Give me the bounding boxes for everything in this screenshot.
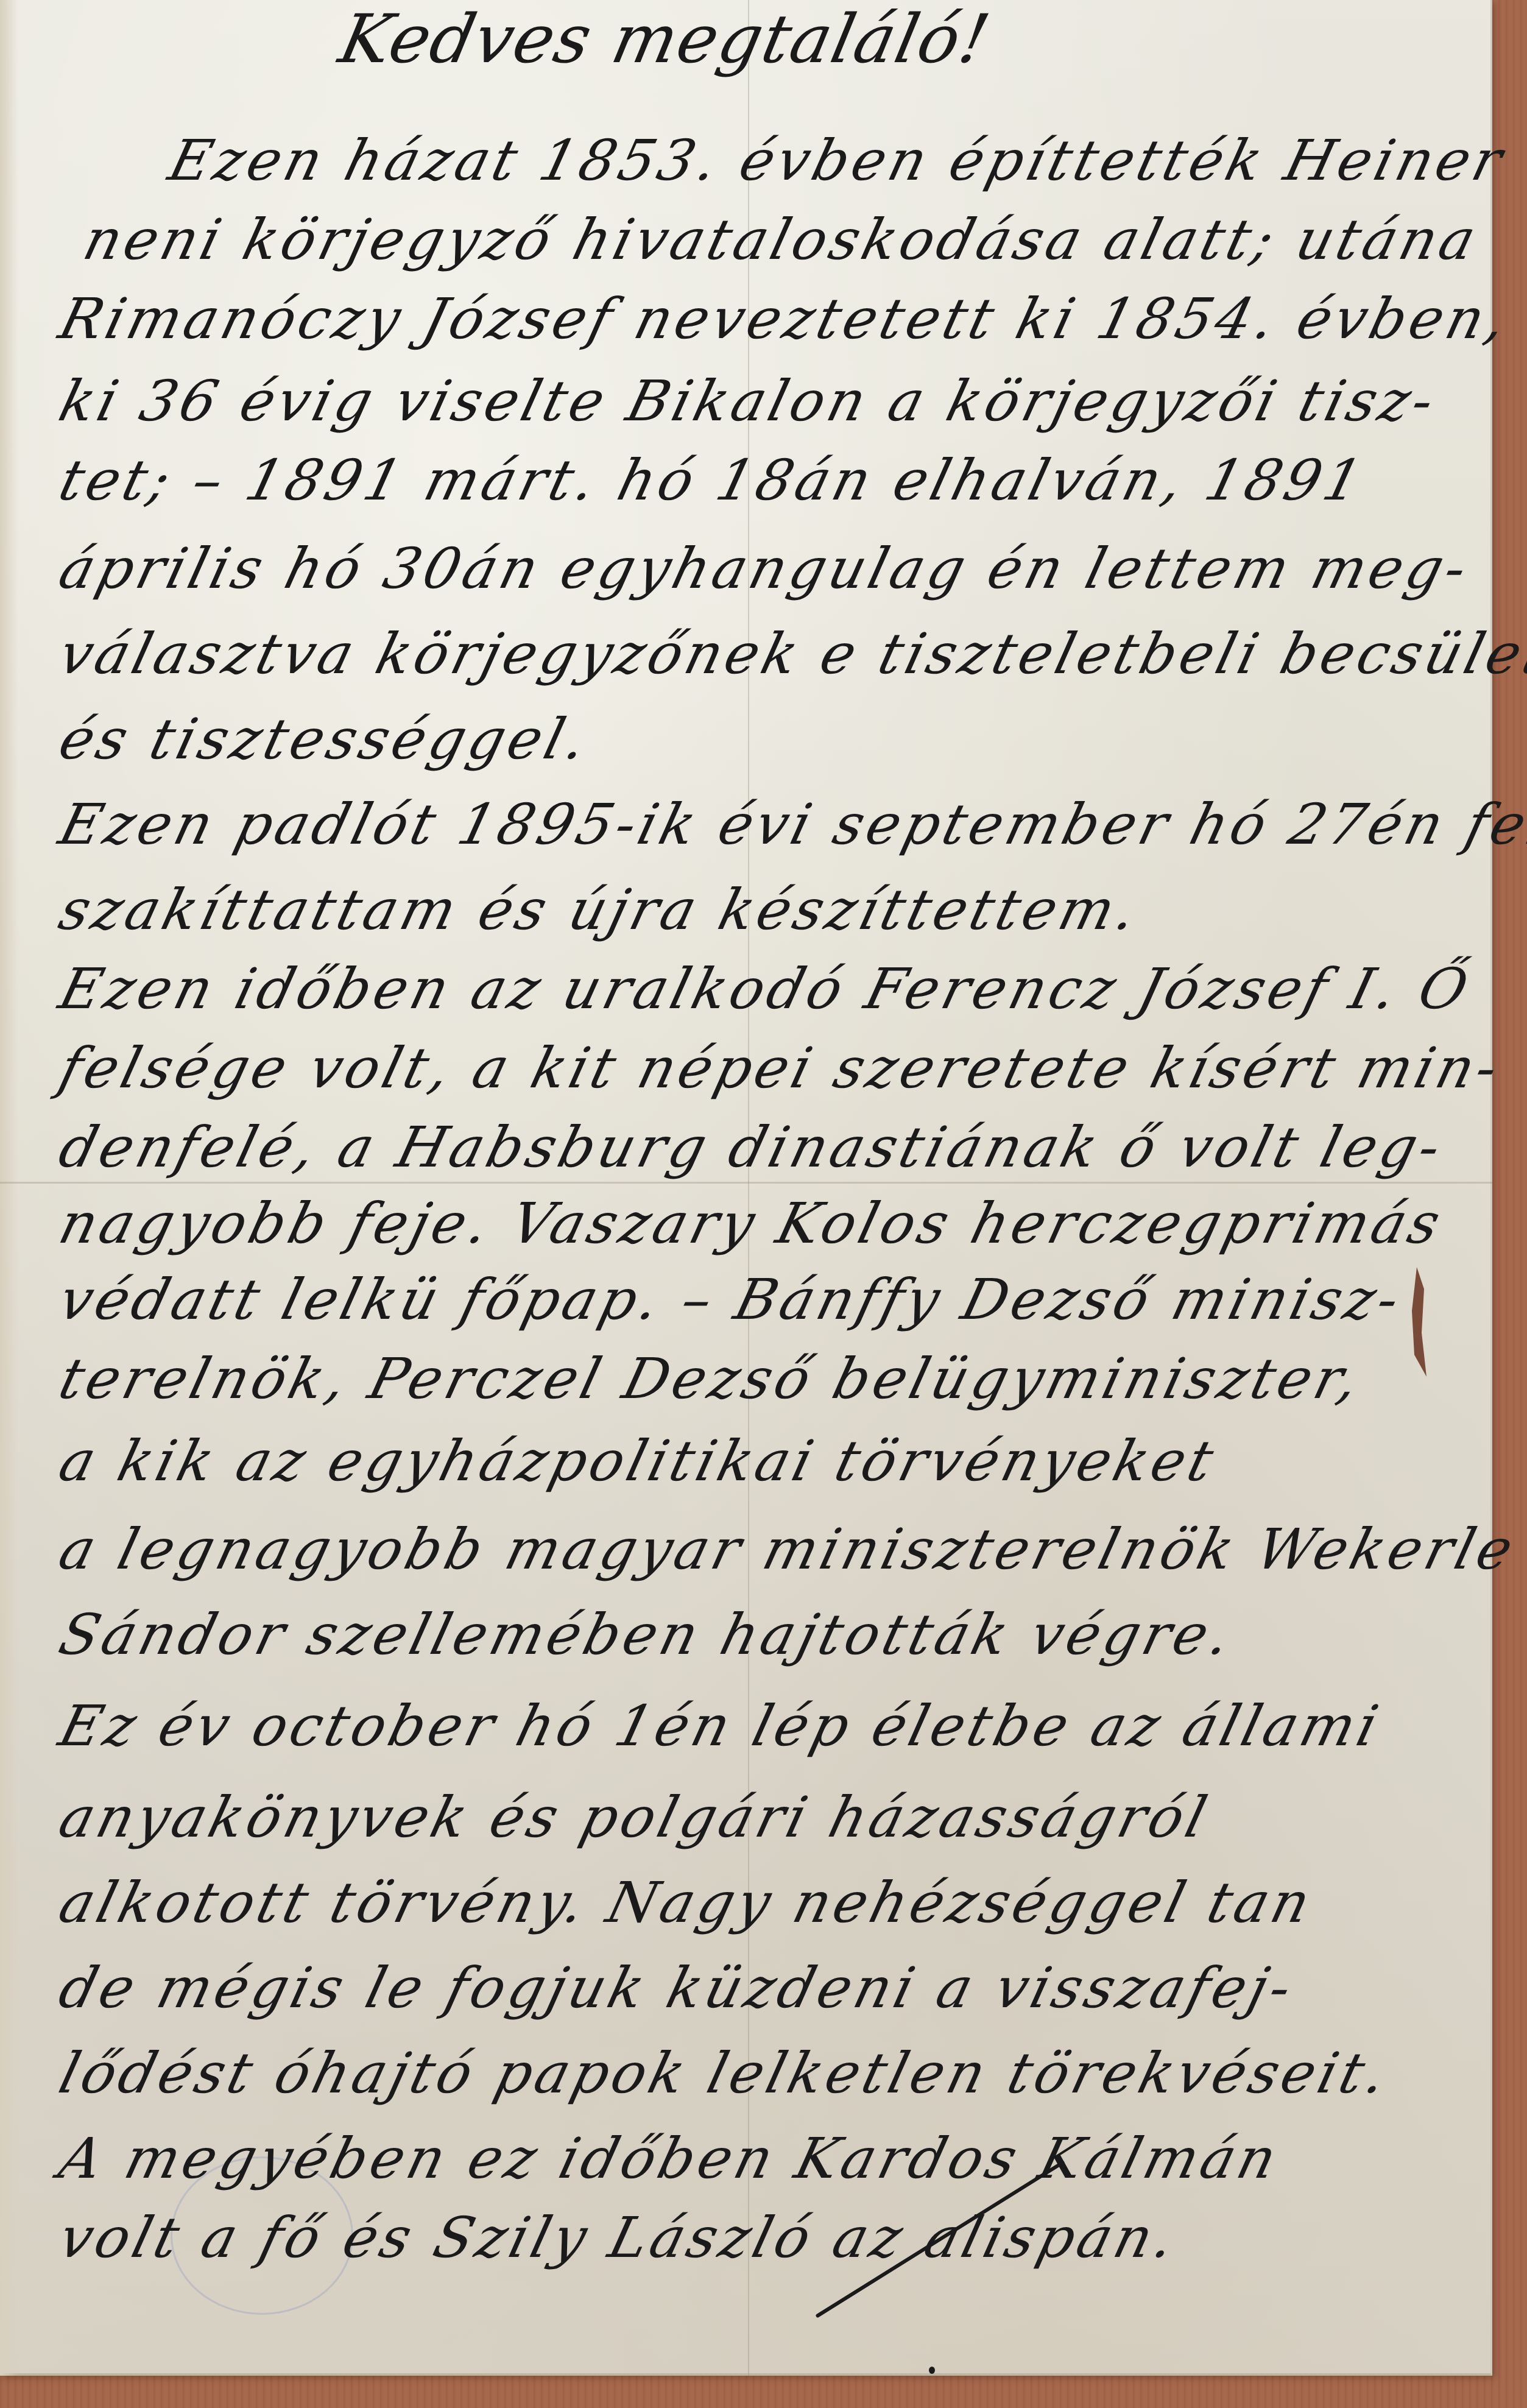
text-line-25: A megyében ez időben Kardos Kálmán (53, 2126, 1287, 2191)
text-line-14: nagyobb feje. Vaszary Kolos herczegprimá… (53, 1191, 1450, 1256)
text-line-13: denfelé, a Habsburg dinastiának ő volt l… (53, 1115, 1451, 1180)
paper-tear (1407, 1267, 1431, 1377)
text-line-11: Ezen időben az uralkodó Ferencz József I… (53, 956, 1478, 1022)
letter-paper: Kedves megtaláló! Ezen házat 1853. évben… (0, 0, 1492, 2376)
text-line-1: Ezen házat 1853. évben építtették Heiner (163, 128, 1512, 193)
text-line-24: lődést óhajtó papok lelketlen törekvései… (53, 2041, 1397, 2106)
text-line-20: Ez év october hó 1én lép életbe az állam… (53, 1693, 1388, 1759)
text-line-5: tet; – 1891 márt. hó 18án elhalván, 1891 (53, 448, 1372, 513)
text-line-16: terelnök, Perczel Dezső belügyminiszter, (53, 1346, 1369, 1411)
text-line-21: anyakönyvek és polgári házasságról (53, 1785, 1217, 1850)
closing-dot (929, 2367, 935, 2374)
text-line-26: volt a fő és Szily László az alispán. (53, 2205, 1185, 2270)
text-line-9: Ezen padlót 1895-ik évi september hó 27é… (53, 792, 1527, 857)
text-line-23: de mégis le fogjuk küzdeni a visszafej- (53, 1955, 1302, 2021)
text-line-7: választva körjegyzőnek e tiszteletbeli b… (53, 621, 1527, 687)
text-line-8: és tisztességgel. (53, 707, 597, 772)
text-line-18: a legnagyobb magyar miniszterelnök Weker… (53, 1517, 1523, 1582)
text-line-4: ki 36 évig viselte Bikalon a körjegyzői … (53, 369, 1444, 434)
text-line-15: védatt lelkü főpap. – Bánffy Dezső minis… (53, 1267, 1409, 1332)
text-line-6: április hó 30án egyhangulag én lettem me… (53, 536, 1477, 601)
paper-left-edge (0, 0, 18, 2376)
text-line-17: a kik az egyházpolitikai törvényeket (53, 1428, 1224, 1494)
text-line-10: szakíttattam és újra készíttettem. (53, 877, 1147, 942)
text-line-12: felsége volt, a kit népei szeretete kísé… (53, 1036, 1508, 1101)
letter-salutation: Kedves megtaláló! (333, 0, 997, 78)
text-line-19: Sándor szellemében hajtották végre. (53, 1602, 1241, 1667)
text-line-2: neni körjegyző hivataloskodása alatt; ut… (77, 207, 1486, 272)
text-line-3: Rimanóczy József neveztetett ki 1854. év… (53, 286, 1527, 351)
horizontal-fold-line (0, 1182, 1492, 1184)
text-line-22: alkotott törvény. Nagy nehézséggel tan (53, 1870, 1321, 1935)
